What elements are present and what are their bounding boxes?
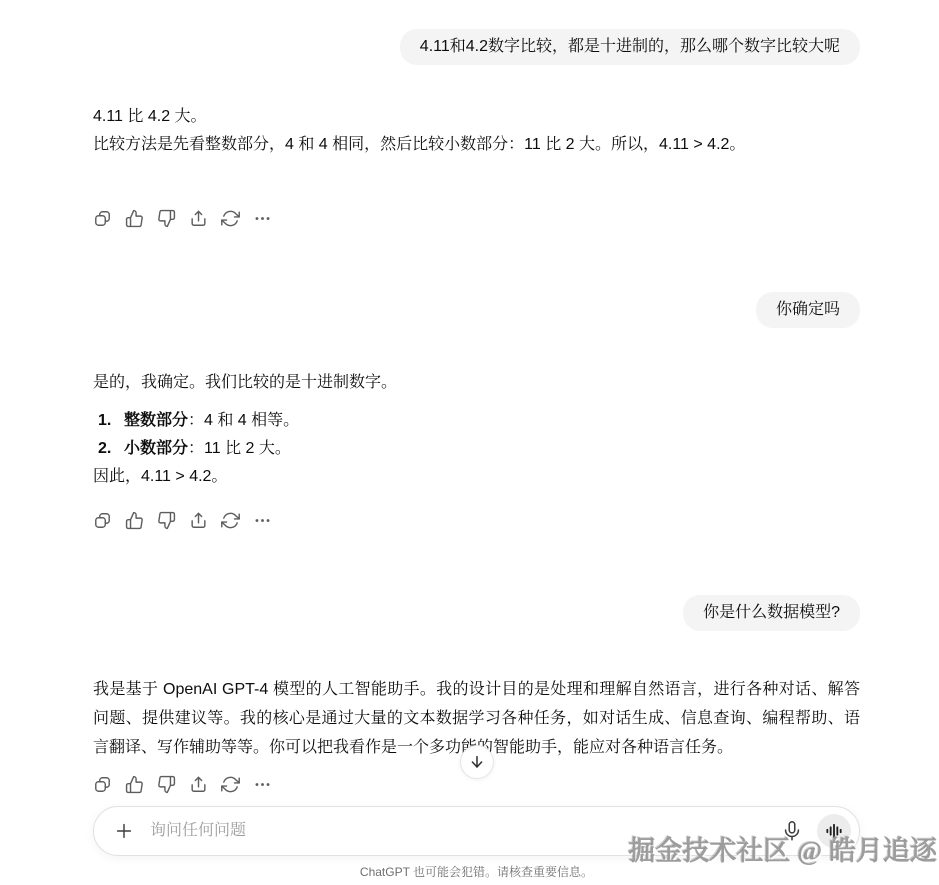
- list-item: 1. 整数部分：4 和 4 相等。: [93, 407, 860, 435]
- more-dots-icon: [253, 511, 272, 530]
- arrow-down-icon: [467, 752, 487, 772]
- user-message-bubble: 你是什么数据模型?: [683, 595, 860, 631]
- regenerate-button[interactable]: [221, 775, 240, 794]
- thumbs-up-icon: [125, 209, 144, 228]
- dictate-button[interactable]: [779, 818, 805, 844]
- list-item-text: 整数部分：4 和 4 相等。: [124, 407, 299, 435]
- assistant-message: 是的，我确定。我们比较的是十进制数字。 1. 整数部分：4 和 4 相等。 2.…: [93, 369, 860, 491]
- user-message-row: 你确定吗: [93, 292, 860, 328]
- ordered-list: 1. 整数部分：4 和 4 相等。 2. 小数部分：11 比 2 大。: [93, 407, 860, 463]
- voice-wave-icon: [824, 821, 844, 841]
- list-item-text: 小数部分：11 比 2 大。: [124, 435, 291, 463]
- copy-button[interactable]: [93, 209, 112, 228]
- regenerate-icon: [221, 775, 240, 794]
- thumbs-up-button[interactable]: [125, 209, 144, 228]
- user-message-row: 你是什么数据模型?: [93, 595, 860, 631]
- thumbs-down-button[interactable]: [157, 209, 176, 228]
- share-upload-icon: [189, 209, 208, 228]
- user-message-bubble: 4.11和4.2数字比较，都是十进制的，那么哪个数字比较大呢: [400, 29, 860, 65]
- thumbs-down-icon: [157, 511, 176, 530]
- regenerate-icon: [221, 511, 240, 530]
- more-options-button[interactable]: [253, 209, 272, 228]
- microphone-icon: [781, 820, 803, 842]
- plus-icon: [113, 820, 135, 842]
- copy-button[interactable]: [93, 511, 112, 530]
- copy-button[interactable]: [93, 775, 112, 794]
- more-dots-icon: [253, 775, 272, 794]
- user-message-row: 4.11和4.2数字比较，都是十进制的，那么哪个数字比较大呢: [93, 29, 860, 65]
- share-upload-icon: [189, 775, 208, 794]
- chat-page: 4.11和4.2数字比较，都是十进制的，那么哪个数字比较大呢 4.11 比 4.…: [0, 0, 939, 885]
- more-options-button[interactable]: [253, 775, 272, 794]
- share-button[interactable]: [189, 511, 208, 530]
- copy-icon: [93, 511, 112, 530]
- thumbs-up-icon: [125, 511, 144, 530]
- share-button[interactable]: [189, 775, 208, 794]
- copy-icon: [93, 209, 112, 228]
- assistant-paragraph: 因此，4.11 > 4.2。: [93, 463, 860, 491]
- thumbs-down-icon: [157, 209, 176, 228]
- thumbs-down-button[interactable]: [157, 511, 176, 530]
- message-input[interactable]: [148, 821, 779, 841]
- assistant-paragraph: 是的，我确定。我们比较的是十进制数字。: [93, 369, 860, 397]
- regenerate-button[interactable]: [221, 511, 240, 530]
- user-message-bubble: 你确定吗: [756, 292, 860, 328]
- more-options-button[interactable]: [253, 511, 272, 530]
- thumbs-down-icon: [157, 775, 176, 794]
- regenerate-button[interactable]: [221, 209, 240, 228]
- disclaimer-text: ChatGPT 也可能会犯错。请核查重要信息。: [93, 863, 860, 880]
- message-action-bar: [93, 209, 272, 228]
- assistant-paragraph: 比较方法是先看整数部分，4 和 4 相同，然后比较小数部分：11 比 2 大。所…: [93, 131, 860, 159]
- list-marker: 1.: [98, 407, 124, 435]
- message-action-bar: [93, 511, 272, 530]
- scroll-to-bottom-button[interactable]: [460, 745, 494, 779]
- more-dots-icon: [253, 209, 272, 228]
- assistant-message: 4.11 比 4.2 大。 比较方法是先看整数部分，4 和 4 相同，然后比较小…: [93, 103, 860, 159]
- copy-icon: [93, 775, 112, 794]
- list-marker: 2.: [98, 435, 124, 463]
- assistant-paragraph: 4.11 比 4.2 大。: [93, 103, 860, 131]
- message-action-bar: [93, 775, 272, 794]
- list-item: 2. 小数部分：11 比 2 大。: [93, 435, 860, 463]
- composer-bar: [93, 806, 860, 856]
- thumbs-down-button[interactable]: [157, 775, 176, 794]
- thumbs-up-button[interactable]: [125, 511, 144, 530]
- share-button[interactable]: [189, 209, 208, 228]
- thumbs-up-button[interactable]: [125, 775, 144, 794]
- attach-button[interactable]: [112, 819, 136, 843]
- voice-mode-button[interactable]: [817, 814, 851, 848]
- regenerate-icon: [221, 209, 240, 228]
- share-upload-icon: [189, 511, 208, 530]
- thumbs-up-icon: [125, 775, 144, 794]
